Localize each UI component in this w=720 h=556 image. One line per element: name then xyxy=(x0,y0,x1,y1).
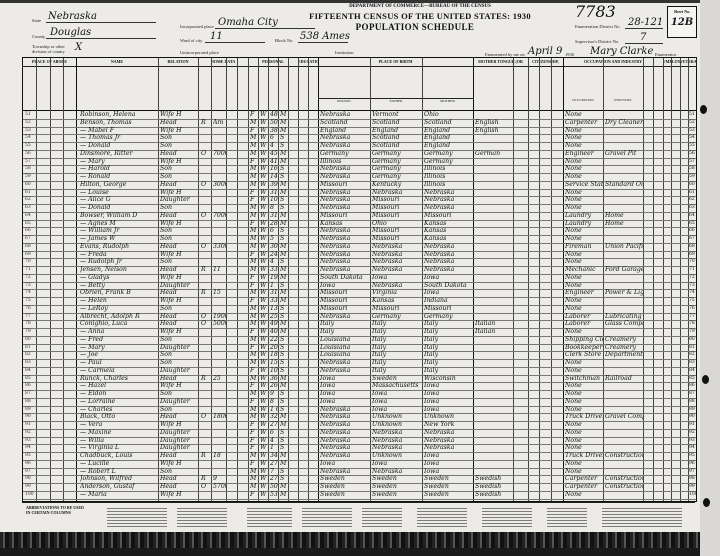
sex-cell: M xyxy=(250,243,258,251)
marital-cell: M xyxy=(280,251,288,259)
father-birthplace-cell: England xyxy=(372,127,422,135)
occupation-cell: Service Station xyxy=(565,181,603,189)
relation-cell: Head xyxy=(160,150,198,158)
race-cell: W xyxy=(260,382,268,390)
industry-cell: Construction Company xyxy=(605,483,643,491)
industry-cell: Gravel Company xyxy=(605,413,643,421)
punch-hole xyxy=(700,105,707,114)
father-birthplace-cell: Italy xyxy=(372,336,422,344)
marital-cell: S xyxy=(280,359,288,367)
home-value-cell: 3000 xyxy=(213,181,226,189)
race-cell: W xyxy=(260,483,268,491)
relation-cell: Head xyxy=(160,483,198,491)
line-number-right: 78 xyxy=(689,320,697,328)
industry-cell: Ford Garage xyxy=(605,266,643,274)
home-value-cell: 18 xyxy=(213,452,226,460)
mother-birthplace-cell: Italy xyxy=(424,336,473,344)
mother-birthplace-cell: Indiana xyxy=(424,297,473,305)
name-cell: Albrecht, Adolph R xyxy=(80,313,158,321)
name-cell: — Freda xyxy=(80,251,158,259)
name-cell: — Anna xyxy=(80,328,158,336)
mother-birthplace-cell: Germany xyxy=(424,313,473,321)
relation-cell: Wife H xyxy=(160,460,198,468)
marital-cell: M xyxy=(280,189,288,197)
footer-block xyxy=(247,506,292,528)
marital-cell: M xyxy=(280,452,288,460)
sex-cell: F xyxy=(250,421,258,429)
race-cell: W xyxy=(260,406,268,414)
home-tenure-cell: R xyxy=(201,375,211,383)
sex-cell: M xyxy=(250,320,258,328)
father-birthplace-cell: Vermont xyxy=(372,111,422,119)
sex-cell: M xyxy=(250,212,258,220)
relation-cell: Wife H xyxy=(160,274,198,282)
age-cell: 36 xyxy=(270,375,278,383)
sex-cell: F xyxy=(250,196,258,204)
name-cell: — Carmela xyxy=(80,367,158,375)
sex-cell: M xyxy=(250,313,258,321)
marital-cell: S xyxy=(280,227,288,235)
occupation-cell: None xyxy=(565,111,603,119)
father-birthplace-cell: Nebraska xyxy=(372,189,422,197)
father-birthplace-cell: Sweden xyxy=(372,375,422,383)
name-cell: — Donald xyxy=(80,204,158,212)
line-number: 97 xyxy=(25,468,37,476)
name-cell: — Betty xyxy=(80,282,158,290)
line-number: 55 xyxy=(25,142,37,150)
line-number-right: 86 xyxy=(689,382,697,390)
occupation-cell: None xyxy=(565,367,603,375)
relation-cell: Head xyxy=(160,320,198,328)
line-number: 72 xyxy=(25,274,37,282)
line-number-right: 53 xyxy=(689,127,697,135)
race-cell: W xyxy=(260,204,268,212)
relation-cell: Wife H xyxy=(160,297,198,305)
relation-cell: Daughter xyxy=(160,367,198,375)
birthplace-cell: Nebraska xyxy=(320,359,370,367)
group-mother-tongue: MOTHER TONGUE (OR NATIVE LANGUAGE) OF FO… xyxy=(473,58,529,67)
col-industry: INDUSTRY xyxy=(603,98,644,110)
mother-birthplace-cell: Ohio xyxy=(424,111,473,119)
marital-cell: M xyxy=(280,320,288,328)
father-birthplace-cell: Ohio xyxy=(372,220,422,228)
father-birthplace-cell: Scotland xyxy=(372,119,422,127)
occupation-cell: None xyxy=(565,142,603,150)
scan-bottom-edge xyxy=(0,532,700,548)
age-cell: 49 xyxy=(270,320,278,328)
sex-cell: F xyxy=(250,220,258,228)
name-cell: — Paul xyxy=(80,359,158,367)
mother-birthplace-cell: Iowa xyxy=(424,406,473,414)
line-number-right: 63 xyxy=(689,204,697,212)
line-number: 73 xyxy=(25,282,37,290)
line-number-right: 62 xyxy=(689,196,697,204)
sex-cell: M xyxy=(250,142,258,150)
race-cell: W xyxy=(260,336,268,344)
relation-cell: Wife H xyxy=(160,491,198,499)
name-cell: Runck, Charles xyxy=(80,375,158,383)
race-cell: W xyxy=(260,367,268,375)
line-number: 57 xyxy=(25,158,37,166)
birthplace-cell: Nebraska xyxy=(320,258,370,266)
father-birthplace-cell: Italy xyxy=(372,328,422,336)
sex-cell: M xyxy=(250,289,258,297)
name-cell: Evans, Rudolph xyxy=(80,243,158,251)
race-cell: W xyxy=(260,274,268,282)
occupation-cell: Laundry xyxy=(565,220,603,228)
father-birthplace-cell: Germany xyxy=(372,150,422,158)
line-number: 80 xyxy=(25,336,37,344)
line-number: 78 xyxy=(25,320,37,328)
home-tenure-cell: R xyxy=(201,475,211,483)
department-title: DEPARTMENT OF COMMERCE—BUREAU OF THE CEN… xyxy=(330,4,510,9)
marital-cell: M xyxy=(280,212,288,220)
line-number: 54 xyxy=(25,134,37,142)
punch-hole xyxy=(703,498,710,507)
father-birthplace-cell: Missouri xyxy=(372,305,422,313)
race-cell: W xyxy=(260,212,268,220)
sex-cell: F xyxy=(250,444,258,452)
race-cell: W xyxy=(260,258,268,266)
father-birthplace-cell: Sweden xyxy=(372,491,422,499)
mother-birthplace-cell: Italy xyxy=(424,359,473,367)
name-cell: — Virginia L xyxy=(80,444,158,452)
occupation-cell: None xyxy=(565,158,603,166)
mother-birthplace-cell: South Dakota xyxy=(424,282,473,290)
occupation-cell: None xyxy=(565,468,603,476)
race-cell: W xyxy=(260,251,268,259)
birthplace-cell: Nebraska xyxy=(320,452,370,460)
industry-cell: Railroad xyxy=(605,375,643,383)
father-birthplace-cell: Unknown xyxy=(372,421,422,429)
father-birthplace-cell: Germany xyxy=(372,313,422,321)
name-cell: Benson, Thomas xyxy=(80,119,158,127)
race-cell: W xyxy=(260,375,268,383)
birthplace-cell: Louisiana xyxy=(320,344,370,352)
occupation-cell: Laborer xyxy=(565,320,603,328)
line-number-right: 77 xyxy=(689,313,697,321)
occupation-cell: Mechanic xyxy=(565,266,603,274)
occupation-cell: None xyxy=(565,460,603,468)
relation-cell: Head xyxy=(160,375,198,383)
occupation-cell: None xyxy=(565,491,603,499)
age-cell: 27 xyxy=(270,421,278,429)
footer-block xyxy=(107,506,167,528)
birthplace-cell: Nebraska xyxy=(320,406,370,414)
name-cell: — LeRoy xyxy=(80,305,158,313)
line-number: 75 xyxy=(25,297,37,305)
mother-tongue-cell: Italian xyxy=(475,328,513,336)
sex-cell: F xyxy=(250,429,258,437)
marital-cell: S xyxy=(280,444,288,452)
name-cell: — Louise xyxy=(80,189,158,197)
father-birthplace-cell: Iowa xyxy=(372,390,422,398)
age-cell: 10 xyxy=(270,367,278,375)
marital-cell: M xyxy=(280,328,288,336)
name-cell: Obrien, Frank B xyxy=(80,289,158,297)
line-number-right: 58 xyxy=(689,165,697,173)
line-number-right: 93 xyxy=(689,437,697,445)
mother-birthplace-cell: Unknown xyxy=(424,413,473,421)
footer-title: ABBREVIATIONS TO BE USED IN CERTAIN COLU… xyxy=(26,505,86,515)
race-cell: W xyxy=(260,158,268,166)
birthplace-cell: Iowa xyxy=(320,375,370,383)
marital-cell: S xyxy=(280,235,288,243)
mother-birthplace-cell: Kansas xyxy=(424,235,473,243)
sex-cell: M xyxy=(250,134,258,142)
marital-cell: S xyxy=(280,204,288,212)
race-cell: W xyxy=(260,444,268,452)
sex-cell: M xyxy=(250,413,258,421)
name-cell: — Helen xyxy=(80,297,158,305)
line-number: 84 xyxy=(25,367,37,375)
line-number: 60 xyxy=(25,181,37,189)
name-cell: — Mary xyxy=(80,344,158,352)
line-number-right: 99 xyxy=(689,483,697,491)
birthplace-cell: Missouri xyxy=(320,289,370,297)
line-number-right: 72 xyxy=(689,274,697,282)
name-cell: — Donald xyxy=(80,142,158,150)
name-cell: — Mary xyxy=(80,158,158,166)
home-value-cell: 3300 xyxy=(213,243,226,251)
sex-cell: M xyxy=(250,305,258,313)
age-cell: 6 xyxy=(270,134,278,142)
marital-cell: M xyxy=(280,119,288,127)
name-cell: — Harold xyxy=(80,165,158,173)
mother-birthplace-cell: Germany xyxy=(424,150,473,158)
line-number-right: 60 xyxy=(689,181,697,189)
birthplace-cell: Sweden xyxy=(320,475,370,483)
name-cell: — Thomas Jr xyxy=(80,134,158,142)
footer-block xyxy=(482,506,532,528)
line-number-right: 75 xyxy=(689,297,697,305)
line-number-right: 87 xyxy=(689,390,697,398)
sex-cell: M xyxy=(250,227,258,235)
incorporated-line xyxy=(215,28,315,29)
punch-hole xyxy=(702,375,709,384)
race-cell: W xyxy=(260,398,268,406)
line-number: 68 xyxy=(25,243,37,251)
line-number-right: 59 xyxy=(689,173,697,181)
birthplace-cell: Iowa xyxy=(320,382,370,390)
group-name: NAME xyxy=(76,58,159,67)
age-cell: 41 xyxy=(270,158,278,166)
occupation-cell: None xyxy=(565,305,603,313)
line-number: 67 xyxy=(25,235,37,243)
mother-birthplace-cell: Illinois xyxy=(424,165,473,173)
name-cell: — Alice G xyxy=(80,196,158,204)
birthplace-cell: Iowa xyxy=(320,282,370,290)
age-cell: 50 xyxy=(270,119,278,127)
line-number: 96 xyxy=(25,460,37,468)
relation-cell: Son xyxy=(160,336,198,344)
birthplace-cell: England xyxy=(320,127,370,135)
race-cell: W xyxy=(260,313,268,321)
marital-cell: M xyxy=(280,158,288,166)
enumerator-name: Mary Clarke xyxy=(590,46,653,57)
mother-birthplace-cell: Nebraska xyxy=(424,429,473,437)
name-cell: — Eldon xyxy=(80,390,158,398)
sd-line xyxy=(625,43,663,44)
enumeration-district-label: Enumeration District No. xyxy=(575,24,621,29)
race-cell: W xyxy=(260,142,268,150)
birthplace-cell: Scotland xyxy=(320,119,370,127)
relation-cell: Head xyxy=(160,119,198,127)
sex-cell: M xyxy=(250,483,258,491)
occupation-cell: None xyxy=(565,359,603,367)
occupation-cell: None xyxy=(565,204,603,212)
father-birthplace-cell: Scotland xyxy=(372,142,422,150)
sheet-number-value: 12B xyxy=(668,17,696,28)
industry-cell: Department Store xyxy=(605,351,643,359)
mother-birthplace-cell: Nebraska xyxy=(424,266,473,274)
ward-line xyxy=(205,42,265,43)
schedule-title: POPULATION SCHEDULE xyxy=(335,22,495,32)
mother-birthplace-cell: Nebraska xyxy=(424,437,473,445)
age-cell: 4 xyxy=(270,142,278,150)
sex-cell: M xyxy=(250,119,258,127)
line-number-right: 65 xyxy=(689,220,697,228)
race-cell: W xyxy=(260,227,268,235)
occupation-cell: None xyxy=(565,235,603,243)
name-cell: — Gladys xyxy=(80,274,158,282)
line-number: 52 xyxy=(25,119,37,127)
incorporated-label: Incorporated place xyxy=(180,24,214,29)
county-label: County xyxy=(32,34,45,39)
line-number-right: 85 xyxy=(689,375,697,383)
relation-cell: Son xyxy=(160,258,198,266)
marital-cell: M xyxy=(280,220,288,228)
age-cell: 4 xyxy=(270,258,278,266)
relation-cell: Wife H xyxy=(160,189,198,197)
mother-birthplace-cell: Iowa xyxy=(424,274,473,282)
line-number: 98 xyxy=(25,475,37,483)
line-number-right: 66 xyxy=(689,227,697,235)
line-number-right: 96 xyxy=(689,460,697,468)
occupation-cell: Laundry xyxy=(565,212,603,220)
line-number: 81 xyxy=(25,344,37,352)
name-cell: — Lucille xyxy=(80,460,158,468)
group-citizenship: CITIZENSHIP, ETC. xyxy=(528,58,564,67)
birthplace-cell: Nebraska xyxy=(320,437,370,445)
industry-cell: Union Pacific xyxy=(605,243,643,251)
marital-cell: M xyxy=(280,297,288,305)
relation-cell: Son xyxy=(160,359,198,367)
birthplace-cell: Sweden xyxy=(320,483,370,491)
marital-cell: S xyxy=(280,468,288,476)
relation-cell: Son xyxy=(160,235,198,243)
name-cell: Jensen, Nelson xyxy=(80,266,158,274)
line-number-right: 94 xyxy=(689,444,697,452)
line-number: 74 xyxy=(25,289,37,297)
marital-cell: M xyxy=(280,181,288,189)
home-tenure-cell: R xyxy=(201,119,211,127)
occupation-cell: None xyxy=(565,297,603,305)
footer-block xyxy=(302,506,352,528)
birthplace-cell: Nebraska xyxy=(320,413,370,421)
sex-cell: F xyxy=(250,297,258,305)
race-cell: W xyxy=(260,328,268,336)
occupation-cell: None xyxy=(565,390,603,398)
group-relation: RELATION xyxy=(158,58,199,67)
line-number: 85 xyxy=(25,375,37,383)
relation-cell: Head xyxy=(160,181,198,189)
name-cell: Anderson, Gustaf xyxy=(80,483,158,491)
mother-birthplace-cell: Kansas xyxy=(424,220,473,228)
group-place-of-birth: PLACE OF BIRTH xyxy=(318,58,474,67)
footer-block xyxy=(177,506,227,528)
line-number-right: 64 xyxy=(689,212,697,220)
line-number-right: 61 xyxy=(689,189,697,197)
mother-birthplace-cell: Nebraska xyxy=(424,243,473,251)
marital-cell: S xyxy=(280,142,288,150)
sex-cell: M xyxy=(250,235,258,243)
name-cell: — William Jr xyxy=(80,227,158,235)
mother-tongue-cell: Swedish xyxy=(475,475,513,483)
birthplace-cell: Nebraska xyxy=(320,444,370,452)
line-number-right: 56 xyxy=(689,150,697,158)
birthplace-cell: Missouri xyxy=(320,297,370,305)
birthplace-cell: Nebraska xyxy=(320,165,370,173)
name-cell: — Agnes M xyxy=(80,220,158,228)
occupation-cell: None xyxy=(565,282,603,290)
home-value-cell: 15 xyxy=(213,289,226,297)
state-label: State xyxy=(32,18,41,23)
name-cell: — Rudolph Jr xyxy=(80,258,158,266)
marital-cell: M xyxy=(280,421,288,429)
name-cell: — Joe xyxy=(80,351,158,359)
mother-birthplace-cell: England xyxy=(424,134,473,142)
sex-cell: F xyxy=(250,282,258,290)
mother-tongue-cell: Swedish xyxy=(475,491,513,499)
age-cell: 6 xyxy=(270,429,278,437)
father-birthplace-cell: Kansas xyxy=(372,297,422,305)
father-birthplace-cell: Nebraska xyxy=(372,258,422,266)
line-number: 65 xyxy=(25,220,37,228)
county-value: Douglas xyxy=(50,27,91,38)
birthplace-cell: Missouri xyxy=(320,305,370,313)
line-number-right: 76 xyxy=(689,305,697,313)
line-number: 94 xyxy=(25,444,37,452)
age-cell: 16 xyxy=(270,165,278,173)
line-number: 66 xyxy=(25,227,37,235)
line-number-right: 80 xyxy=(689,336,697,344)
relation-cell: Daughter xyxy=(160,437,198,445)
mother-birthplace-cell: Nebraska xyxy=(424,196,473,204)
mother-birthplace-cell: Italy xyxy=(424,351,473,359)
line-number-right: 52 xyxy=(689,119,697,127)
marital-cell: M xyxy=(280,413,288,421)
relation-cell: Head xyxy=(160,243,198,251)
name-cell: — Vera xyxy=(80,421,158,429)
line-number-right: 71 xyxy=(689,266,697,274)
line-number: 91 xyxy=(25,421,37,429)
line-number: 51 xyxy=(25,111,37,119)
mother-birthplace-cell: Iowa xyxy=(424,460,473,468)
line-number: 82 xyxy=(25,351,37,359)
relation-cell: Daughter xyxy=(160,282,198,290)
home-tenure-cell: R xyxy=(201,289,211,297)
sex-cell: F xyxy=(250,328,258,336)
sex-cell: M xyxy=(250,468,258,476)
marital-cell: S xyxy=(280,282,288,290)
marital-cell: M xyxy=(280,150,288,158)
line-number-right: 92 xyxy=(689,429,697,437)
sex-cell: F xyxy=(250,111,258,119)
father-birthplace-cell: Italy xyxy=(372,367,422,375)
home-tenure-cell: O xyxy=(201,212,211,220)
industry-cell: Glass Company xyxy=(605,320,643,328)
